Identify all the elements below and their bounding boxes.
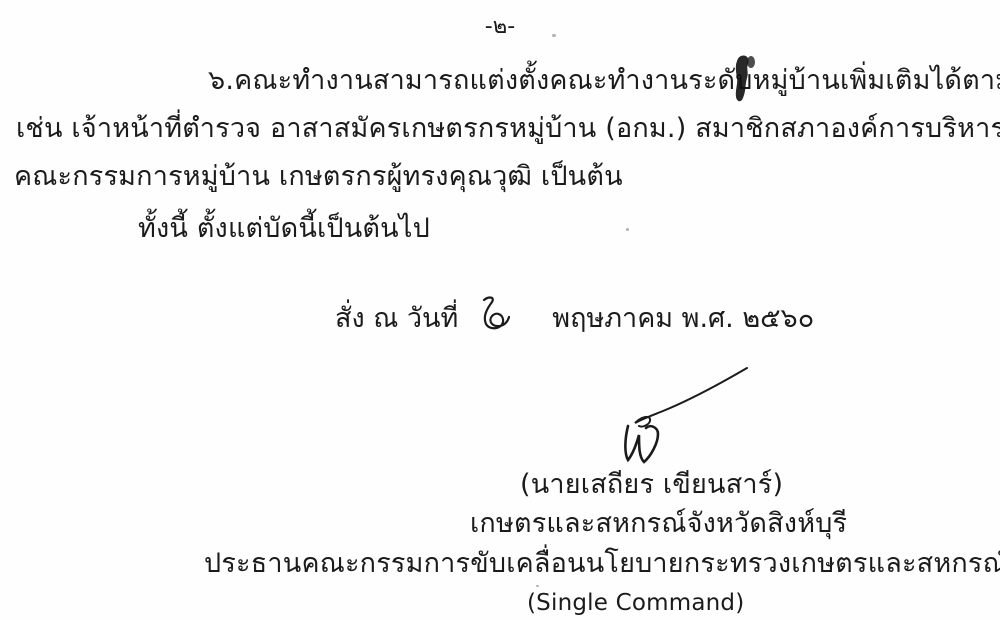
paragraph-6-line-2: เช่น เจ้าหน้าที่ตำรวจ อาสาสมัครเกษตรกรหม…	[16, 112, 1000, 146]
scan-speck	[626, 228, 629, 231]
signer-role-english: (Single Command)	[527, 589, 744, 618]
handwritten-day-stroke	[474, 296, 518, 338]
paragraph-effective-date: ทั้งนี้ ตั้งแต่บัดนี้เป็นต้นไป	[138, 212, 430, 246]
order-date-line: สั่ง ณ วันที่ ๒ พฤษภาคม พ.ศ. ๒๕๖๐	[335, 296, 814, 339]
signature-handwriting	[595, 358, 775, 468]
order-date-prefix: สั่ง ณ วันที่	[335, 296, 458, 339]
page-number: -๒-	[0, 8, 1000, 43]
scanned-document-page: -๒- ๖.คณะทำงานสามารถแต่งตั้งคณะทำงานระดั…	[0, 0, 1000, 620]
scan-speck	[536, 585, 539, 587]
order-date-suffix: พฤษภาคม พ.ศ. ๒๕๖๐	[552, 296, 814, 339]
scan-speck	[552, 34, 556, 37]
paragraph-6-line-1: ๖.คณะทำงานสามารถแต่งตั้งคณะทำงานระดับหมู…	[208, 64, 1000, 98]
signer-role: ประธานคณะกรรมการขับเคลื่อนนโยบายกระทรวงเ…	[204, 547, 1000, 581]
signer-name: (นายเสถียร เขียนสาร์)	[520, 468, 783, 502]
paragraph-6-line-3: คณะกรรมการหมู่บ้าน เกษตรกรผู้ทรงคุณวุฒิ …	[14, 160, 623, 194]
ink-blot-smudge	[727, 54, 759, 104]
signer-position: เกษตรและสหกรณ์จังหวัดสิงห์บุรี	[470, 507, 847, 541]
handwritten-day-numeral: ๒	[474, 296, 518, 338]
